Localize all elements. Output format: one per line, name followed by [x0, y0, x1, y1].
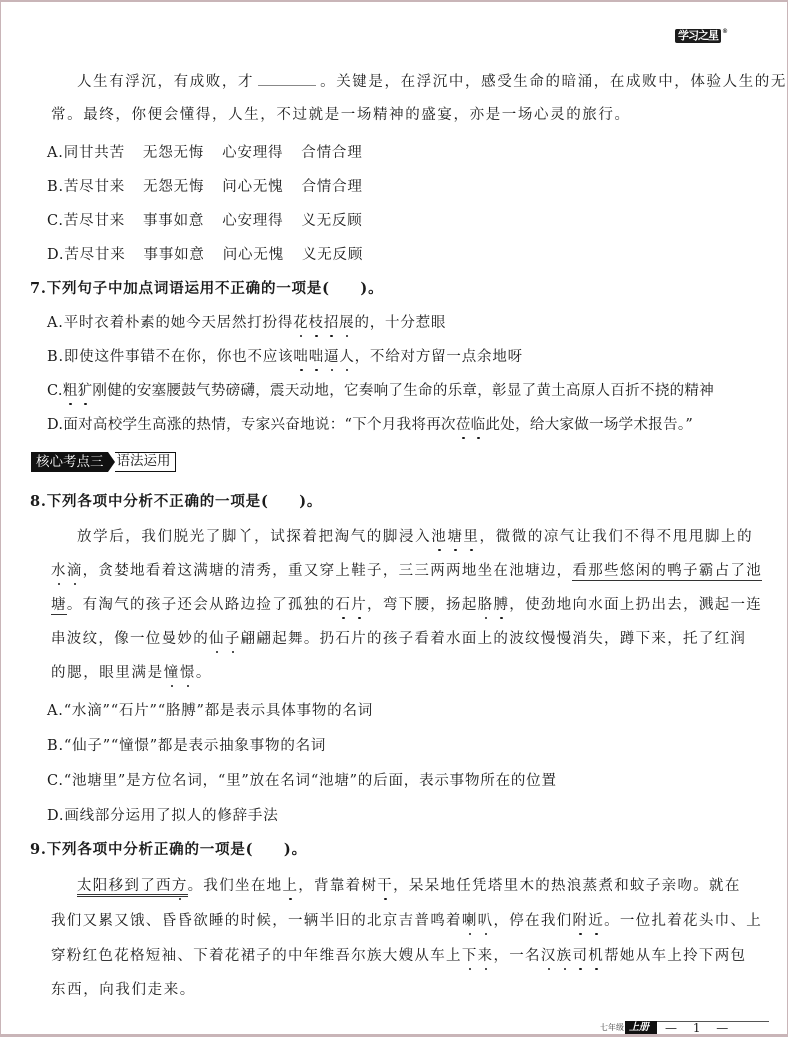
q7-option-b[interactable]: B.即使这件事错不在你，你也不应该咄咄逼人，不给对方留一点余地呀	[47, 345, 523, 366]
dotted-word: 池塘里	[431, 529, 479, 545]
dotted-word: 干	[377, 878, 393, 894]
dotted-word: 花枝招展	[293, 315, 354, 331]
option-label: D.	[47, 247, 64, 263]
q9-passage-line-1: 太阳移到了西方。我们坐在地上，背靠着树干，呆呆地任凭塔里木的热浪蒸煮和蚊子亲吻。…	[77, 874, 741, 895]
question-text: 下列各项中分析不正确的一项是( )。	[47, 493, 322, 510]
option-label: D.	[47, 417, 63, 433]
dotted-word: 附近	[572, 913, 604, 929]
text: 我们又累又饿、昏昏欲睡的时候，一辆半旧的北京吉普鸣着	[51, 913, 462, 929]
word: 义无反顾	[301, 213, 362, 229]
underlined-phrase: 看那些悠闲的鸭子霸占了池	[572, 563, 762, 581]
q9-stem: 9.下列各项中分析正确的一项是( )。	[30, 838, 307, 859]
text: 。一位扎着花头巾、上	[604, 913, 762, 929]
q7-option-d[interactable]: D.面对高校学生高涨的热情，专家兴奋地说：“下个月我将再次莅临此处，给大家做一场…	[47, 413, 693, 434]
publisher-logo: 学习之星®	[675, 29, 721, 43]
intro-passage-line-1: 人生有浮沉，有成败，才。关键是，在浮沉中，感受生命的暗涌，在成败中，体验人生的无	[77, 70, 787, 91]
q6-option-b[interactable]: B.苦尽甘来无怨无悔问心无愧合情合理	[47, 175, 363, 196]
word: 事事如意	[143, 213, 204, 229]
dotted-word: 下来	[462, 948, 494, 964]
text: 的，十分惹眼	[354, 315, 446, 331]
dotted-word: 胳膊	[478, 597, 510, 613]
q8-option-b[interactable]: B.“仙子”“憧憬”都是表示抽象事物的名词	[47, 734, 326, 755]
word: 无怨无悔	[143, 179, 204, 195]
page-number: — 1 —	[657, 1021, 769, 1034]
fill-in-blank[interactable]	[258, 73, 316, 86]
section-tag-title: 核心考点三	[31, 452, 108, 472]
q8-option-a[interactable]: A.“水滴”“石片”“胳膊”都是表示具体事物的名词	[47, 699, 373, 720]
text: 太阳移到了西	[77, 878, 172, 894]
option-label: B.	[47, 179, 64, 195]
text: 。关键是，在浮沉中，感受生命的暗涌，在成败中，体验人生的无	[320, 74, 787, 90]
text: 此处，给大家做一场学术报告。”	[485, 417, 693, 433]
q6-option-a[interactable]: A.同甘共苦无怨无悔心安理得合情合理	[47, 141, 363, 162]
text: 刚健的安塞腰鼓气势磅礴，震天动地，它奏响了生命的乐章，彰显了黄土高原人百折不挠的…	[92, 383, 714, 399]
dotted-word: 莅临	[456, 417, 486, 433]
option-text: “仙子”“憧憬”都是表示抽象事物的名词	[64, 738, 326, 754]
option-label: D.	[47, 808, 64, 824]
text: 面对高校学生高涨的热情，专家兴奋地说：“下个月我将再次	[63, 417, 456, 433]
q8-passage-line-4: 串波纹，像一位曼妙的仙子翩翩起舞。扔石片的孩子看着水面上的波纹慢慢消失，蹲下来，…	[51, 627, 746, 648]
text: ，停在我们	[493, 913, 572, 929]
question-number: 9.	[30, 841, 47, 858]
q7-stem: 7.下列句子中加点词语运用不正确的一项是( )。	[30, 277, 383, 298]
volume-label: 上册	[625, 1021, 657, 1034]
grade-label: 七年级	[600, 1022, 624, 1033]
option-text: “池塘里”是方位名词，“里”放在名词“池塘”的后面，表示事物所在的位置	[64, 773, 557, 789]
text: ，呆呆地任凭塔里木的热浪蒸煮和蚊子亲吻。就在	[393, 878, 741, 894]
option-text: 画线部分运用了拟人的修辞手法	[64, 808, 278, 824]
question-text: 下列句子中加点词语运用不正确的一项是( )。	[47, 280, 384, 297]
option-label: A.	[47, 315, 64, 331]
word: 心安理得	[222, 213, 283, 229]
q8-option-c[interactable]: C.“池塘里”是方位名词，“里”放在名词“池塘”的后面，表示事物所在的位置	[47, 769, 557, 790]
word: 同甘共苦	[64, 145, 125, 161]
text: ，使劲地向水面上扔出去，溅起一连	[509, 597, 762, 613]
text: 人生有浮沉，有成败，才	[77, 74, 254, 90]
text: 翩翩起舞。扔石片的孩子看着水面上的波纹慢慢消失，蹲下来，托了红润	[241, 631, 747, 647]
dotted-word: 石片	[335, 597, 367, 613]
word: 义无反顾	[302, 247, 363, 263]
text: 帮她从车上拎下两包	[604, 948, 746, 964]
underlined-phrase: 塘	[51, 597, 67, 615]
question-number: 8.	[30, 493, 47, 510]
dotted-word: 粗犷	[63, 383, 93, 399]
word: 苦尽甘来	[64, 179, 125, 195]
q7-option-a[interactable]: A.平时衣着朴素的她今天居然打扮得花枝招展的，十分惹眼	[47, 311, 446, 332]
text: 。	[196, 665, 212, 681]
word: 事事如意	[144, 247, 205, 263]
q8-passage-line-2: 水滴，贪婪地看着这满塘的清秀，重又穿上鞋子，三三两两地坐在池塘边，看那些悠闲的鸭…	[51, 559, 762, 580]
q8-passage-line-5: 的腮，眼里满是憧憬。	[51, 661, 212, 682]
underlined-phrase: 太阳移到了西方	[77, 878, 188, 897]
text: ，贪婪地看着这满塘的清秀，重又穿上鞋子，三三两两地坐在池塘边，	[83, 563, 573, 579]
page-footer: 七年级 上册 — 1 —	[600, 1021, 769, 1034]
option-label: B.	[47, 738, 64, 754]
q7-option-c[interactable]: C.粗犷刚健的安塞腰鼓气势磅礴，震天动地，它奏响了生命的乐章，彰显了黄土高原人百…	[47, 379, 714, 400]
word: 苦尽甘来	[64, 213, 125, 229]
dotted-word: 水滴	[51, 563, 83, 579]
logo-text: 学习之星	[678, 29, 718, 42]
intro-passage-line-2: 常。最终，你便会懂得，人生，不过就是一场精神的盛宴，亦是一场心灵的旅行。	[51, 103, 631, 124]
q8-passage-line-3: 塘。有淘气的孩子还会从路边捡了孤独的石片，弯下腰，扬起胳膊，使劲地向水面上扔出去…	[51, 593, 762, 614]
text: ，微微的凉气让我们不得不甩甩脚上的	[480, 529, 754, 545]
word: 合情合理	[301, 145, 362, 161]
q6-option-d[interactable]: D.苦尽甘来事事如意问心无愧义无反顾	[47, 243, 363, 264]
q9-passage-line-3: 穿粉红色花格短袖、下着花裙子的中年维吾尔族大嫂从车上下来，一名汉族司机帮她从车上…	[51, 944, 746, 965]
text: 的腮，眼里满是	[51, 665, 164, 681]
q8-passage-line-1: 放学后，我们脱光了脚丫，试探着把淘气的脚浸入池塘里，微微的凉气让我们不得不甩甩脚…	[77, 525, 753, 546]
text: ，弯下腰，扬起	[367, 597, 478, 613]
text: 。我们坐在地	[188, 878, 283, 894]
word: 合情合理	[301, 179, 362, 195]
text: 穿粉红色花格短袖、下着花裙子的中年维吾尔族大嫂从车上	[51, 948, 462, 964]
dotted-word: 憧憬	[164, 665, 196, 681]
section-tag-subtitle: 语法运用	[115, 452, 176, 472]
question-text: 下列各项中分析正确的一项是( )。	[47, 841, 307, 858]
q8-stem: 8.下列各项中分析不正确的一项是( )。	[30, 490, 322, 511]
option-label: C.	[47, 383, 63, 399]
text: 即使这件事错不在你，你也不应该	[64, 349, 294, 365]
dotted-word: 上	[282, 878, 298, 894]
word: 无怨无悔	[143, 145, 204, 161]
dotted-word: 咄咄逼人	[293, 349, 354, 365]
text: 平时衣着朴素的她今天居然打扮得	[64, 315, 294, 331]
registered-mark: ®	[722, 25, 727, 39]
option-label: A.	[47, 145, 64, 161]
text: ，背靠着树	[298, 878, 377, 894]
word: 问心无愧	[223, 247, 284, 263]
text: ，不给对方留一点余地呀	[355, 349, 523, 365]
option-text: “水滴”“石片”“胳膊”都是表示具体事物的名词	[64, 703, 373, 719]
option-label: A.	[47, 703, 64, 719]
dotted-word: 方	[172, 878, 188, 894]
text: 。有淘气的孩子还会从路边捡了孤独的	[67, 597, 336, 613]
word: 苦尽甘来	[64, 247, 125, 263]
dotted-word: 喇叭	[462, 913, 494, 929]
word: 问心无愧	[222, 179, 283, 195]
option-label: C.	[47, 213, 64, 229]
dotted-word: 仙子	[209, 631, 241, 647]
option-label: B.	[47, 349, 64, 365]
q6-option-c[interactable]: C.苦尽甘来事事如意心安理得义无反顾	[47, 209, 363, 230]
section-tag: 核心考点三 语法运用	[31, 452, 176, 472]
question-number: 7.	[30, 280, 47, 297]
word: 心安理得	[222, 145, 283, 161]
text: 串波纹，像一位曼妙的	[51, 631, 209, 647]
q9-passage-line-2: 我们又累又饿、昏昏欲睡的时候，一辆半旧的北京吉普鸣着喇叭，停在我们附近。一位扎着…	[51, 909, 762, 930]
text: ，一名	[493, 948, 540, 964]
q9-passage-line-4: 东西，向我们走来。	[51, 978, 196, 999]
section-tag-arrow-icon	[108, 452, 115, 472]
text: 放学后，我们脱光了脚丫，试探着把淘气的脚浸入	[77, 529, 431, 545]
dotted-word: 汉族司机	[541, 948, 604, 964]
q8-option-d[interactable]: D.画线部分运用了拟人的修辞手法	[47, 804, 279, 825]
option-label: C.	[47, 773, 64, 789]
